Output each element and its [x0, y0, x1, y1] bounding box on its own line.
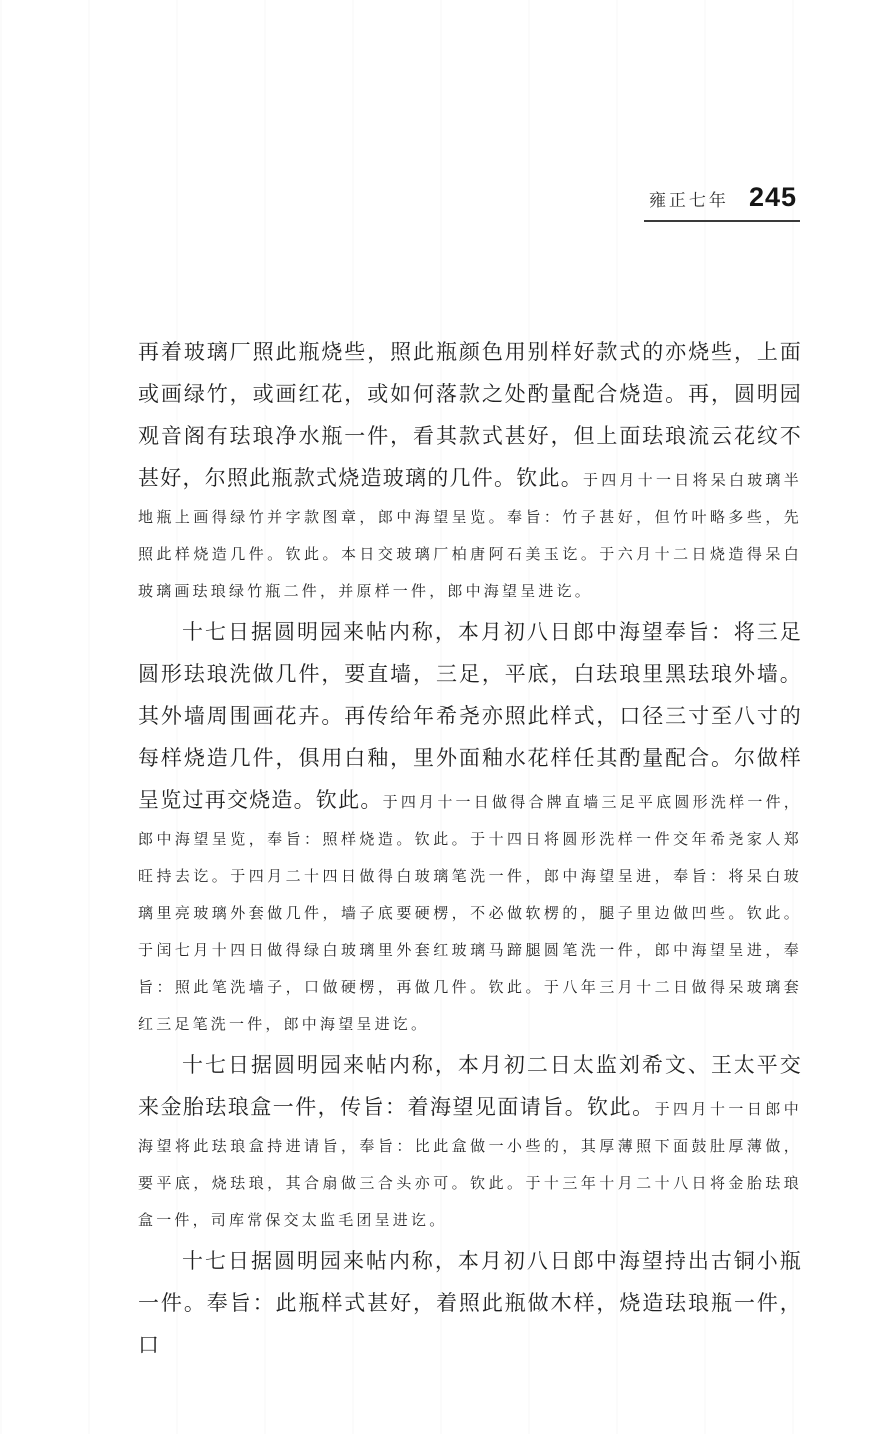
paragraph-2-annotation-text: 于四月十一日做得合牌直墙三足平底圆形洗样一件，郎中海望呈览，奉旨：照样烧造。钦此…: [138, 795, 802, 1033]
paragraph-4-main-text: 十七日据圆明园来帖内称，本月初八日郎中海望持出古铜小瓶一件。奉旨：此瓶样式甚好，…: [138, 1249, 802, 1357]
page-number: 245: [749, 182, 797, 213]
paragraph-4: 十七日据圆明园来帖内称，本月初八日郎中海望持出古铜小瓶一件。奉旨：此瓶样式甚好，…: [138, 1240, 802, 1367]
paragraph-1-main-text: 再着玻璃厂照此瓶烧些，照此瓶颜色用别样好款式的亦烧些，上面或画绿竹，或画红花，或…: [138, 340, 802, 490]
paragraph-1: 再着玻璃厂照此瓶烧些，照此瓶颜色用别样好款式的亦烧些，上面或画绿竹，或画红花，或…: [138, 331, 802, 611]
paragraph-2-main-text: 十七日据圆明园来帖内称，本月初八日郎中海望奉旨：将三足圆形珐琅洗做几件，要直墙，…: [138, 620, 802, 812]
page-body: 再着玻璃厂照此瓶烧些，照此瓶颜色用别样好款式的亦烧些，上面或画绿竹，或画红花，或…: [138, 331, 802, 1367]
paragraph-2: 十七日据圆明园来帖内称，本月初八日郎中海望奉旨：将三足圆形珐琅洗做几件，要直墙，…: [138, 611, 802, 1044]
paragraph-1-annotation-text: 于四月十一日将呆白玻璃半地瓶上画得绿竹并字款图章，郎中海望呈览。奉旨：竹子甚好，…: [138, 473, 802, 600]
page-header: 雍正七年 245: [644, 182, 800, 222]
paragraph-3: 十七日据圆明园来帖内称，本月初二日太监刘希文、王太平交来金胎珐琅盒一件，传旨：着…: [138, 1044, 802, 1240]
section-title: 雍正七年: [649, 186, 729, 211]
paragraph-3-annotation-text: 于四月十一日郎中海望将此珐琅盒持进请旨，奉旨：比此盒做一小些的，其厚薄照下面鼓肚…: [138, 1102, 802, 1229]
